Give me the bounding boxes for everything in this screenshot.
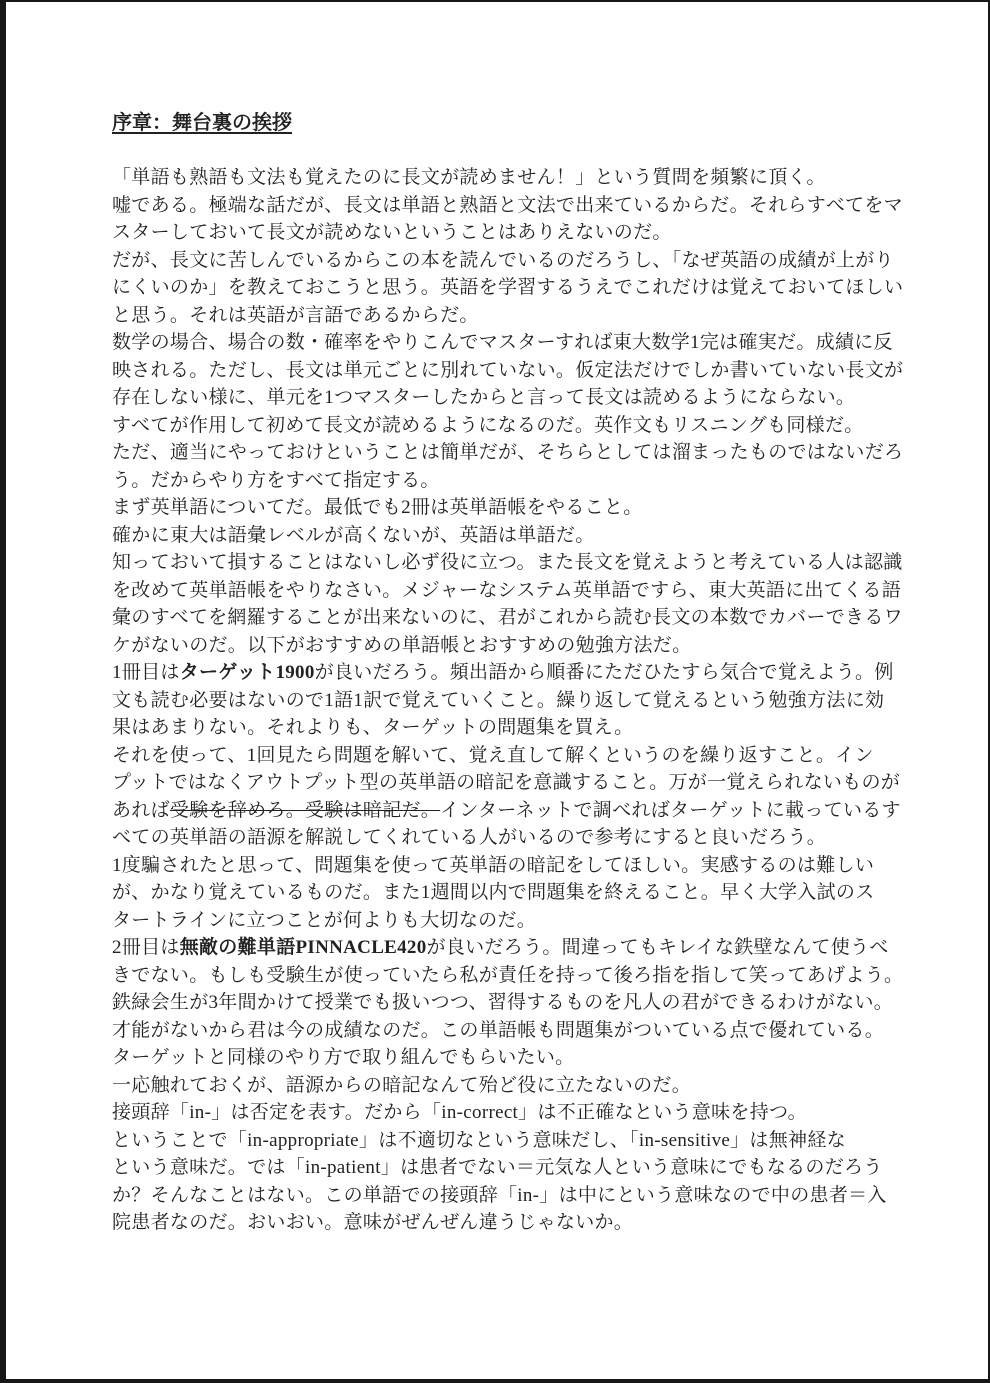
text-segment: 接頭辞「in-」は否定を表す。だから「in-correct」は不正確なという意味… [112, 1102, 807, 1123]
text-line: 彙のすべてを網羅することが出来ないのに、君がこれから読む長文の本数でカバーできる… [112, 604, 882, 632]
text-segment: あれば [112, 800, 170, 821]
document-page: 序章：舞台裏の挨拶 「単語も熟語も文法も覚えたのに長文が読めません！」という質問… [0, 0, 990, 1383]
text-segment: 嘘である。極端な話だが、長文は単語と熟語と文法で出来ているからだ。それらすべてを… [112, 195, 903, 216]
text-line: すべてが作用して初めて長文が読めるようになるのだ。英作文もリスニングも同様だ。 [112, 412, 882, 440]
text-segment: インターネットで調べればターゲットに載っているす [440, 800, 901, 821]
text-line: 1冊目はターゲット1900が良いだろう。頻出語から順番にただひたすら気合で覚えよ… [112, 659, 882, 687]
text-segment: が良いだろう。間違ってもキレイな鉄壁なんて使うべ [427, 937, 889, 958]
text-line: 一応触れておくが、語源からの暗記なんて殆ど役に立たないのだ。 [112, 1072, 882, 1100]
text-segment: 数学の場合、場合の数・確率をやりこんでマスターすれば東大数学1完は確実だ。成績に… [112, 332, 893, 353]
text-line: にくいのか」を教えておこうと思う。英語を学習するうえでこれだけは覚えておいてほし… [112, 274, 882, 302]
text-segment: が良いだろう。頻出語から順番にただひたすら気合で覚えよう。例 [315, 662, 894, 683]
text-segment: スターしておいて長文が読めないということはありえないのだ。 [112, 222, 672, 243]
text-line: 嘘である。極端な話だが、長文は単語と熟語と文法で出来ているからだ。それらすべてを… [112, 192, 882, 220]
text-segment: ケがないのだ。以下がおすすめの単語帳とおすすめの勉強方法だ。 [112, 635, 691, 656]
text-line: 才能がないから君は今の成績なのだ。この単語帳も問題集がついている点で優れている。 [112, 1017, 882, 1045]
text-segment: 鉄緑会生が3年間かけて授業でも扱いつつ、習得するものを凡人の君ができるわけがない… [112, 992, 893, 1013]
document-body: 「単語も熟語も文法も覚えたのに長文が読めません！」という質問を頻繁に頂く。嘘であ… [112, 164, 882, 1237]
text-line: う。だからやり方をすべて指定する。 [112, 467, 882, 495]
text-segment: 文も読む必要はないので1語1訳で覚えていくこと。繰り返して覚えるという勉強方法に… [112, 690, 884, 711]
text-line: それを使って、1回見たら問題を解いて、覚え直して解くというのを繰り返すこと。イン [112, 742, 882, 770]
text-line: ということで「in-appropriate」は不適切なという意味だし、「in-s… [112, 1127, 882, 1155]
text-segment: 1度騙されたと思って、問題集を使って英単語の暗記をしてほしい。実感するのは難しい [112, 855, 874, 876]
text-line: 果はあまりない。それよりも、ターゲットの問題集を買え。 [112, 714, 882, 742]
text-line: 接頭辞「in-」は否定を表す。だから「in-correct」は不正確なという意味… [112, 1099, 882, 1127]
text-line: ターゲットと同様のやり方で取り組んでもらいたい。 [112, 1044, 882, 1072]
text-segment: を改めて英単語帳をやりなさい。メジャーなシステム英単語ですら、東大英語に出てくる… [112, 580, 901, 601]
text-line: タートラインに立つことが何よりも大切なのだ。 [112, 907, 882, 935]
text-line: あれば受験を辞めろ。受験は暗記だ。インターネットで調べればターゲットに載っている… [112, 797, 882, 825]
text-segment: 彙のすべてを網羅することが出来ないのに、君がこれから読む長文の本数でカバーできる… [112, 607, 903, 628]
page-edge-bottom [0, 1379, 990, 1383]
text-segment: ただ、適当にやっておけということは簡単だが、そちらとしては溜まったものではないだ… [112, 442, 903, 463]
text-segment: か？そんなことはない。この単語での接頭辞「in-」は中にという意味なので中の患者… [112, 1185, 887, 1206]
text-line: スターしておいて長文が読めないということはありえないのだ。 [112, 219, 882, 247]
text-segment: 知っておいて損することはないし必ず役に立つ。また長文を覚えようと考えている人は認… [112, 552, 903, 573]
text-line: 鉄緑会生が3年間かけて授業でも扱いつつ、習得するものを凡人の君ができるわけがない… [112, 989, 882, 1017]
text-segment: すべてが作用して初めて長文が読めるようになるのだ。英作文もリスニングも同様だ。 [112, 415, 864, 436]
text-segment: という意味だ。では「in-patient」は患者でない＝元気な人という意味にでも… [112, 1157, 883, 1178]
text-segment: タートラインに立つことが何よりも大切なのだ。 [112, 910, 536, 931]
text-segment: 2冊目は [112, 937, 180, 958]
text-line: 存在しない様に、単元を1つマスターしたからと言って長文は読めるようにならない。 [112, 384, 882, 412]
text-line: プットではなくアウトプット型の英単語の暗記を意識すること。万が一覚えられないもの… [112, 769, 882, 797]
text-segment: にくいのか」を教えておこうと思う。英語を学習するうえでこれだけは覚えておいてほし… [112, 277, 903, 298]
document-title: 序章：舞台裏の挨拶 [112, 110, 882, 137]
text-line: 映される。ただし、長文は単元ごとに別れていない。仮定法だけでしか書いていない長文… [112, 357, 882, 385]
text-segment: ということで「in-appropriate」は不適切なという意味だし、「in-s… [112, 1130, 846, 1151]
text-line: 「単語も熟語も文法も覚えたのに長文が読めません！」という質問を頻繁に頂く。 [112, 164, 882, 192]
text-segment: それを使って、1回見たら問題を解いて、覚え直して解くというのを繰り返すこと。イン [112, 745, 874, 766]
page-edge-left [0, 0, 6, 1383]
text-segment: 存在しない様に、単元を1つマスターしたからと言って長文は読めるようにならない。 [112, 387, 855, 408]
text-segment: 1冊目は [112, 662, 180, 683]
text-line: ケがないのだ。以下がおすすめの単語帳とおすすめの勉強方法だ。 [112, 632, 882, 660]
text-line: 数学の場合、場合の数・確率をやりこんでマスターすれば東大数学1完は確実だ。成績に… [112, 329, 882, 357]
text-line: 文も読む必要はないので1語1訳で覚えていくこと。繰り返して覚えるという勉強方法に… [112, 687, 882, 715]
text-line: 院患者なのだ。おいおい。意味がぜんぜん違うじゃないか。 [112, 1209, 882, 1237]
text-segment: 果はあまりない。それよりも、ターゲットの問題集を買え。 [112, 717, 633, 738]
text-line: まず英単語についてだ。最低でも2冊は英単語帳をやること。 [112, 494, 882, 522]
text-line: 2冊目は無敵の難単語PINNACLE420が良いだろう。間違ってもキレイな鉄壁な… [112, 934, 882, 962]
text-segment: 院患者なのだ。おいおい。意味がぜんぜん違うじゃないか。 [112, 1212, 633, 1233]
text-line: きでない。もしも受験生が使っていたら私が責任を持って後ろ指を指して笑ってあげよう… [112, 962, 882, 990]
text-segment: と思う。それは英語が言語であるからだ。 [112, 305, 479, 326]
text-segment: 映される。ただし、長文は単元ごとに別れていない。仮定法だけでしか書いていない長文… [112, 360, 903, 381]
text-segment: 一応触れておくが、語源からの暗記なんて殆ど役に立たないのだ。 [112, 1075, 691, 1096]
text-segment: プットではなくアウトプット型の英単語の暗記を意識すること。万が一覚えられないもの… [112, 772, 900, 793]
text-segment: 確かに東大は語彙レベルが高くないが、英語は単語だ。 [112, 525, 595, 546]
text-segment: う。だからやり方をすべて指定する。 [112, 470, 440, 491]
text-line: を改めて英単語帳をやりなさい。メジャーなシステム英単語ですら、東大英語に出てくる… [112, 577, 882, 605]
text-segment: 才能がないから君は今の成績なのだ。この単語帳も問題集がついている点で優れている。 [112, 1020, 884, 1041]
text-segment: きでない。もしも受験生が使っていたら私が責任を持って後ろ指を指して笑ってあげよう… [112, 965, 903, 986]
text-segment: が、かなり覚えているものだ。また1週間以内で問題集を終えること。早く大学入試のス [112, 882, 875, 903]
text-line: べての英単語の語源を解説してくれている人がいるので参考にすると良いだろう。 [112, 824, 882, 852]
text-segment: ターゲットと同様のやり方で取り組んでもらいたい。 [112, 1047, 574, 1068]
text-line: だが、長文に苦しんでいるからこの本を読んでいるのだろうし、「なぜ英語の成績が上が… [112, 247, 882, 275]
text-line: か？そんなことはない。この単語での接頭辞「in-」は中にという意味なので中の患者… [112, 1182, 882, 1210]
text-line: が、かなり覚えているものだ。また1週間以内で問題集を終えること。早く大学入試のス [112, 879, 882, 907]
text-line: という意味だ。では「in-patient」は患者でない＝元気な人という意味にでも… [112, 1154, 882, 1182]
text-segment-strikethrough: 受験を辞めろ。受験は暗記だ。 [170, 800, 440, 821]
text-line: と思う。それは英語が言語であるからだ。 [112, 302, 882, 330]
page-edge-top [0, 0, 990, 2]
text-line: ただ、適当にやっておけということは簡単だが、そちらとしては溜まったものではないだ… [112, 439, 882, 467]
text-segment-bold: 無敵の難単語PINNACLE420 [180, 937, 427, 958]
text-line: 1度騙されたと思って、問題集を使って英単語の暗記をしてほしい。実感するのは難しい [112, 852, 882, 880]
text-segment: まず英単語についてだ。最低でも2冊は英単語帳をやること。 [112, 497, 643, 518]
document-content: 序章：舞台裏の挨拶 「単語も熟語も文法も覚えたのに長文が読めません！」という質問… [112, 110, 882, 1237]
text-segment: だが、長文に苦しんでいるからこの本を読んでいるのだろうし、「なぜ英語の成績が上が… [112, 250, 894, 271]
text-line: 確かに東大は語彙レベルが高くないが、英語は単語だ。 [112, 522, 882, 550]
text-segment: 「単語も熟語も文法も覚えたのに長文が読めません！」という質問を頻繁に頂く。 [112, 167, 826, 188]
text-line: 知っておいて損することはないし必ず役に立つ。また長文を覚えようと考えている人は認… [112, 549, 882, 577]
text-segment-bold: ターゲット1900 [180, 662, 315, 683]
text-segment: べての英単語の語源を解説してくれている人がいるので参考にすると良いだろう。 [112, 827, 826, 848]
